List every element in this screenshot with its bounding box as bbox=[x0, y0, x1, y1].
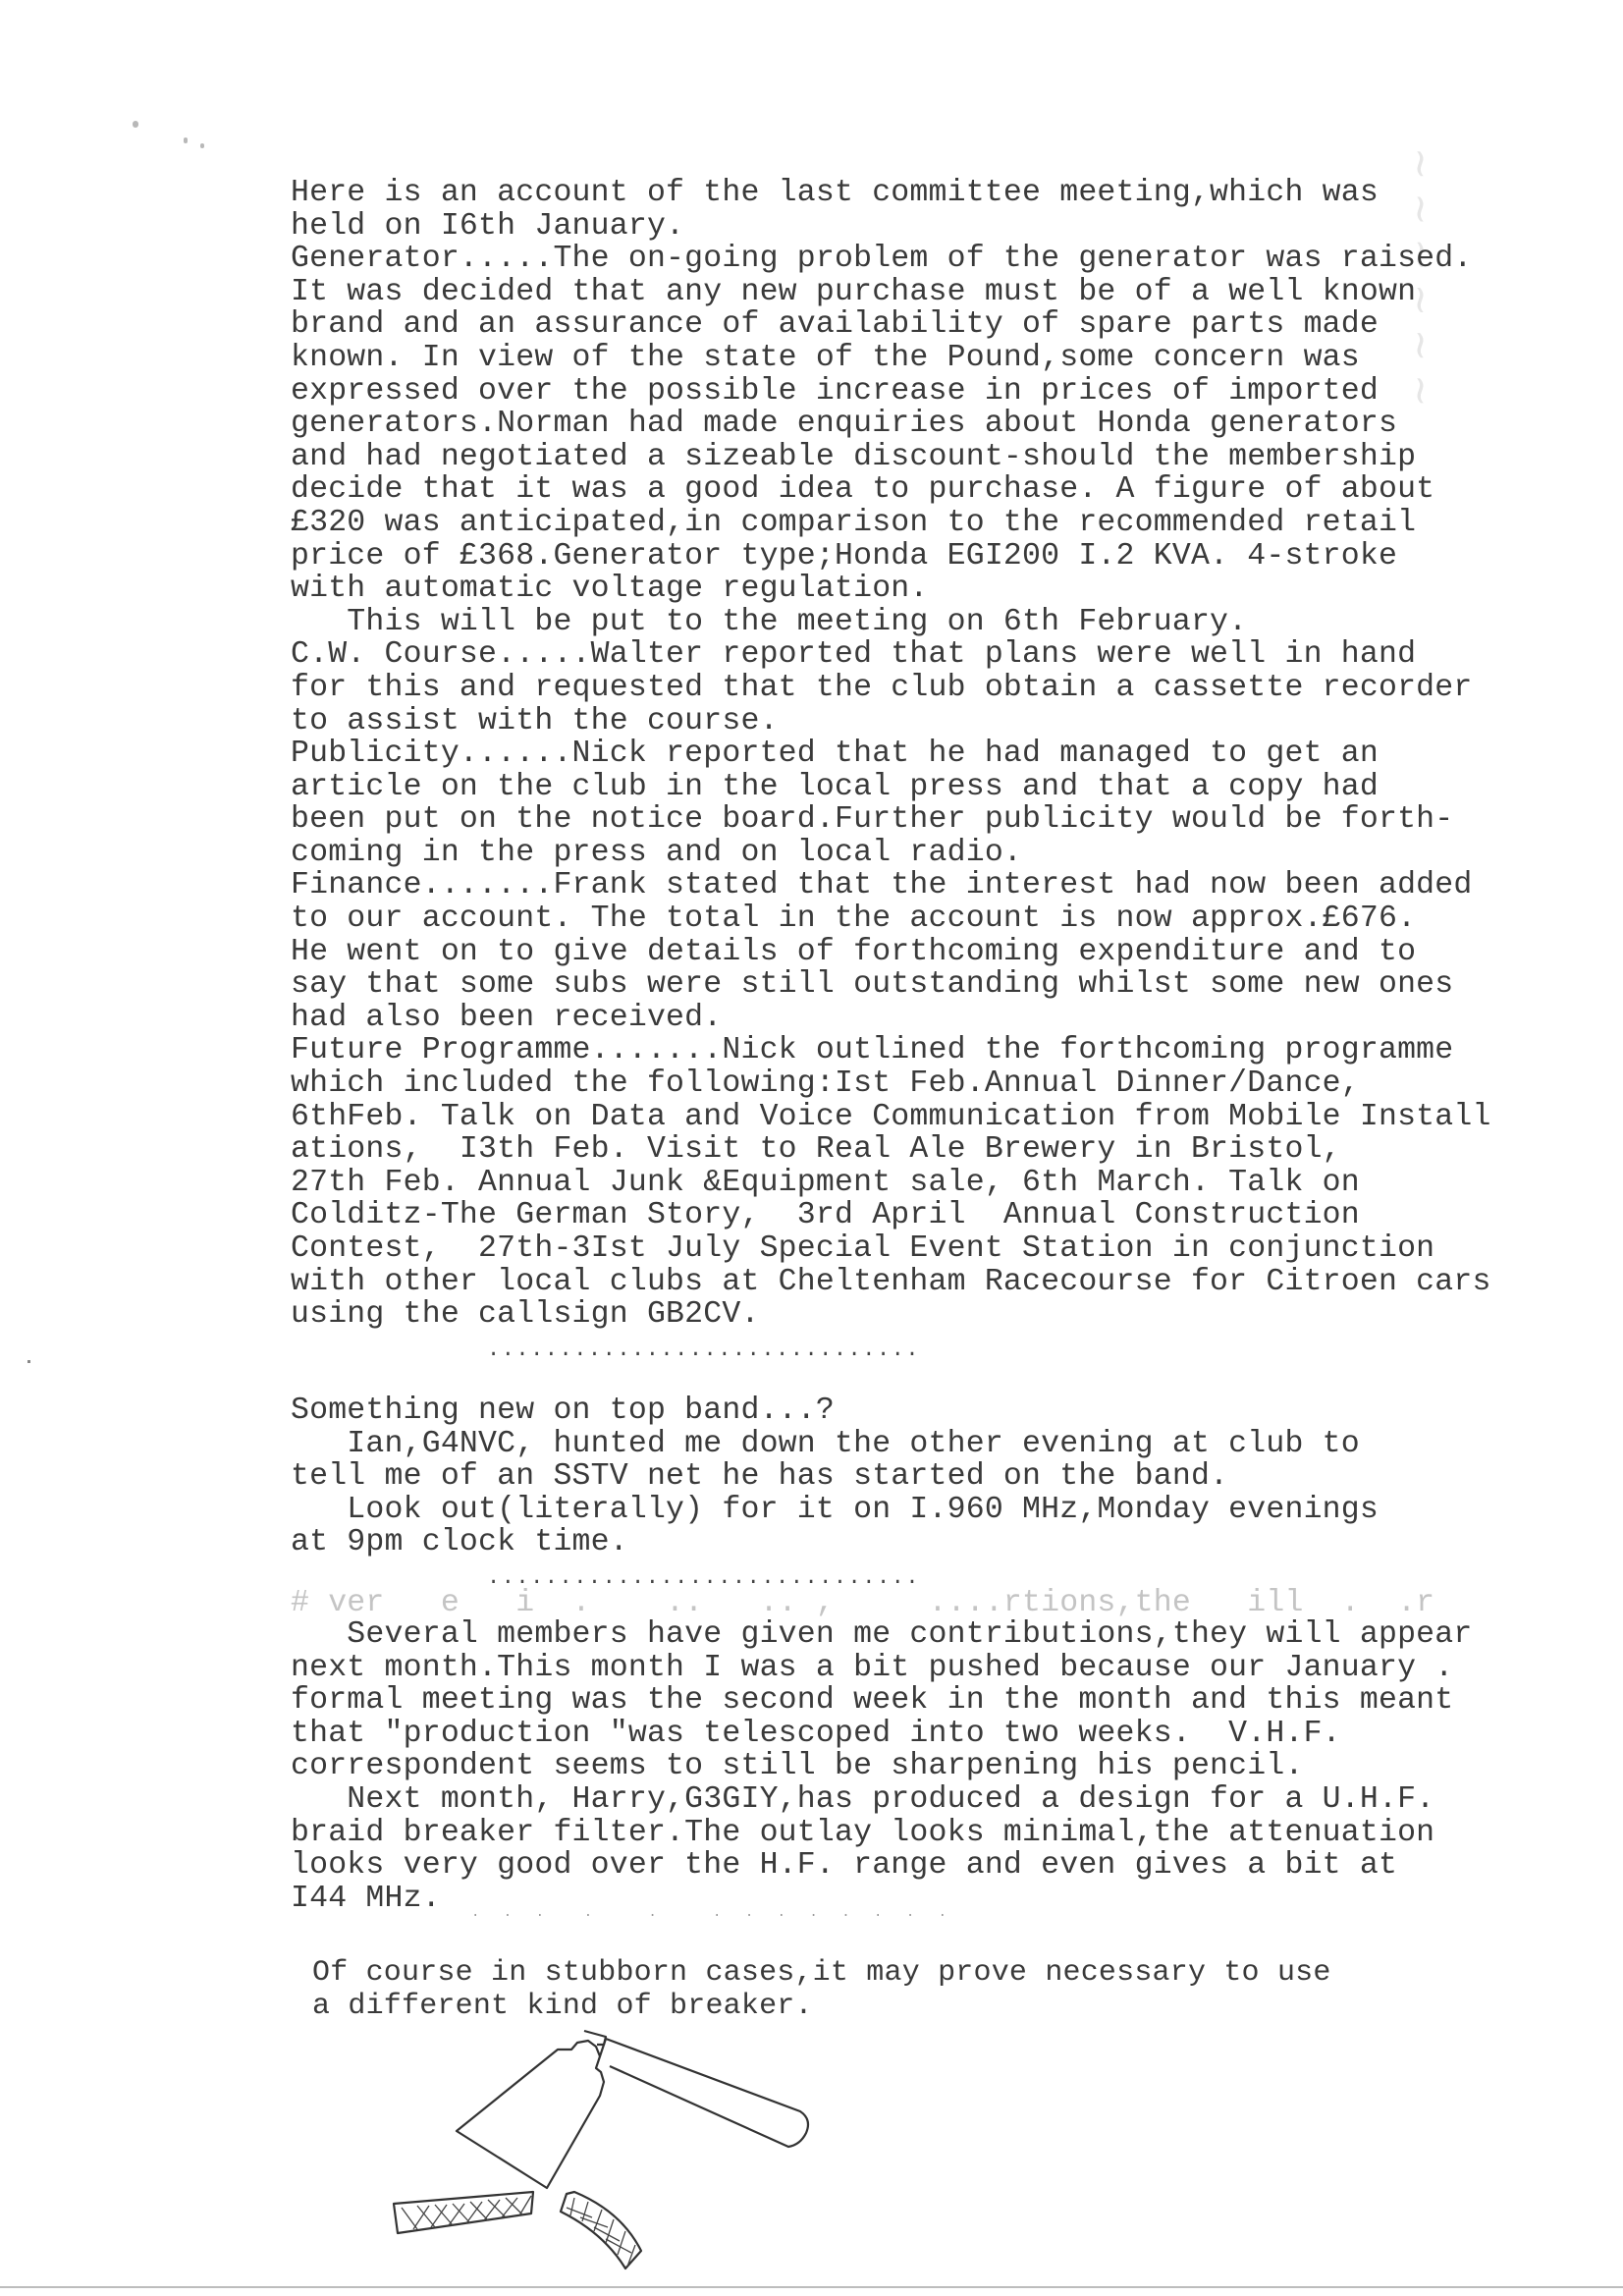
report-line: Publicity......Nick reported that he had… bbox=[291, 738, 1567, 771]
report-line: Contest, 27th-3Ist July Special Event St… bbox=[291, 1232, 1567, 1266]
report-line: C.W. Course.....Walter reported that pla… bbox=[291, 638, 1567, 672]
dotted-separator: .............................. bbox=[487, 1338, 920, 1362]
report-line: It was decided that any new purchase mus… bbox=[291, 276, 1567, 309]
faint-typed-line: # ver e i . .. .. , ....rtions,the ill .… bbox=[291, 1587, 1567, 1620]
editor-note: Several members have given me contributi… bbox=[291, 1618, 1567, 1915]
report-line: to assist with the course. bbox=[291, 705, 1567, 738]
report-line: Future Programme.......Nick outlined the… bbox=[291, 1034, 1567, 1067]
note-line: Several members have given me contributi… bbox=[291, 1618, 1567, 1652]
report-line: He went on to give details of forthcomin… bbox=[291, 936, 1567, 969]
note-line: Next month, Harry,G3GIY,has produced a d… bbox=[291, 1783, 1567, 1817]
report-line: ations, I3th Feb. Visit to Real Ale Brew… bbox=[291, 1133, 1567, 1167]
note-line: correspondent seems to still be sharpeni… bbox=[291, 1750, 1567, 1783]
report-line: expressed over the possible increase in … bbox=[291, 375, 1567, 409]
report-line: been put on the notice board.Further pub… bbox=[291, 803, 1567, 837]
item-line: Ian,G4NVC, hunted me down the other even… bbox=[291, 1428, 1567, 1461]
report-line: with automatic voltage regulation. bbox=[291, 573, 1567, 606]
report-line: generators.Norman had made enquiries abo… bbox=[291, 408, 1567, 441]
item-line: Look out(literally) for it on I.960 MHz,… bbox=[291, 1494, 1567, 1527]
item-heading: Something new on top band...? bbox=[291, 1394, 1567, 1428]
note-line: looks very good over the H.F. range and … bbox=[291, 1849, 1567, 1883]
paper-speck bbox=[200, 143, 204, 148]
report-line: to our account. The total in the account… bbox=[291, 902, 1567, 936]
report-line: Here is an account of the last committee… bbox=[291, 177, 1567, 210]
report-line: 27th Feb. Annual Junk &Equipment sale, 6… bbox=[291, 1167, 1567, 1200]
report-line: brand and an assurance of availability o… bbox=[291, 308, 1567, 342]
item-line: tell me of an SSTV net he has started on… bbox=[291, 1460, 1567, 1494]
report-line: 6thFeb. Talk on Data and Voice Communica… bbox=[291, 1101, 1567, 1134]
note-line: next month.This month I was a bit pushed… bbox=[291, 1652, 1567, 1685]
newsletter-page: ~ ~ ~ ~ ~ ~ Here is an account of the la… bbox=[0, 0, 1623, 2296]
report-line: known. In view of the state of the Pound… bbox=[291, 342, 1567, 375]
paper-speck bbox=[133, 121, 138, 128]
axe-cutting-braid-icon bbox=[378, 2025, 889, 2280]
report-line: say that some subs were still outstandin… bbox=[291, 968, 1567, 1002]
top-band-item: Something new on top band...? Ian,G4NVC,… bbox=[291, 1394, 1567, 1559]
committee-report: Here is an account of the last committee… bbox=[291, 177, 1567, 1332]
report-line: Generator.....The on-going problem of th… bbox=[291, 243, 1567, 276]
report-line: Colditz-The German Story, 3rd April Annu… bbox=[291, 1199, 1567, 1232]
report-line: Finance.......Frank stated that the inte… bbox=[291, 869, 1567, 902]
report-line: which included the following:Ist Feb.Ann… bbox=[291, 1067, 1567, 1101]
paper-speck bbox=[27, 1360, 30, 1363]
faint-dotted-trail: . . . . . . . . . . . . . bbox=[471, 1905, 954, 1921]
note-line: that "production "was telescoped into tw… bbox=[291, 1718, 1567, 1751]
report-line: article on the club in the local press a… bbox=[291, 771, 1567, 804]
report-line: had also been received. bbox=[291, 1002, 1567, 1035]
report-line: price of £368.Generator type;Honda EGI20… bbox=[291, 540, 1567, 574]
page-edge bbox=[0, 2286, 1623, 2288]
report-line: using the callsign GB2CV. bbox=[291, 1298, 1567, 1332]
note-line: braid breaker filter.The outlay looks mi… bbox=[291, 1817, 1567, 1850]
report-line: held on I6th January. bbox=[291, 210, 1567, 244]
note-line: formal meeting was the second week in th… bbox=[291, 1684, 1567, 1718]
paper-speck bbox=[184, 137, 188, 143]
report-line: with other local clubs at Cheltenham Rac… bbox=[291, 1266, 1567, 1299]
report-line: decide that it was a good idea to purcha… bbox=[291, 473, 1567, 507]
report-line: £320 was anticipated,in comparison to th… bbox=[291, 507, 1567, 540]
report-line: This will be put to the meeting on 6th F… bbox=[291, 606, 1567, 639]
report-line: and had negotiated a sizeable discount-s… bbox=[291, 441, 1567, 474]
caption-line: Of course in stubborn cases,it may prove… bbox=[312, 1956, 1549, 1990]
caption-line: a different kind of breaker. bbox=[312, 1990, 1549, 2023]
report-line: for this and requested that the club obt… bbox=[291, 672, 1567, 705]
item-line: at 9pm clock time. bbox=[291, 1526, 1567, 1559]
closing-caption: Of course in stubborn cases,it may prove… bbox=[312, 1956, 1549, 2023]
report-line: coming in the press and on local radio. bbox=[291, 837, 1567, 870]
